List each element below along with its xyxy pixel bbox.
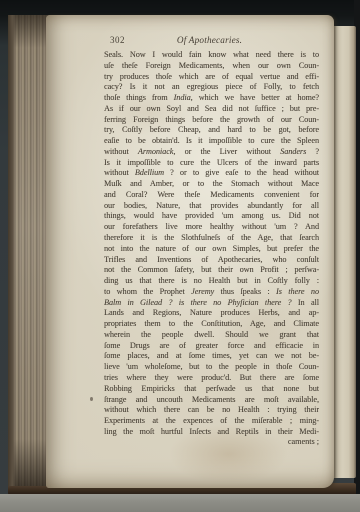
- text-line: ſome places, and at ſome times, yet can …: [104, 351, 319, 362]
- text-line: Lands and Regions, Nature produces Herbs…: [104, 308, 319, 319]
- text-line: eaſie to be obtain'd. Is it impoſſible t…: [104, 136, 319, 147]
- text-line: not into the nature of our own Simples, …: [104, 244, 319, 255]
- text-line: not the Common ſafety, but their own Pro…: [104, 265, 319, 276]
- page-header: 302 Of Apothecaries.: [104, 35, 319, 47]
- text-line: Robbing Empiricks that perſwade us that …: [104, 384, 319, 395]
- text-line: Seals. Now I would fain know what need t…: [104, 50, 319, 61]
- photo-scene: 302 Of Apothecaries. Seals. Now I would …: [0, 0, 360, 512]
- ink-mark: [90, 397, 93, 401]
- text-line: things, would have provided 'um among us…: [104, 211, 319, 222]
- text-line: thoſe things from India, which we have b…: [104, 93, 319, 104]
- catchword: caments ;: [288, 437, 319, 446]
- text-line: Balm in Gilead ? is there no Phyſician t…: [104, 298, 319, 309]
- text-line: our forefathers live more healthy withou…: [104, 222, 319, 233]
- text-line: try produces thoſe which are of equal ve…: [104, 72, 319, 83]
- text-line: to whom the Prophet Jeremy thus ſpeaks :…: [104, 287, 319, 298]
- text-line: uſe theſe Foreign Medicaments, when our …: [104, 61, 319, 72]
- text-line: Muſk and Amber, or to the Stomach withou…: [104, 179, 319, 190]
- text-line: and Coral? Were theſe Medicaments conven…: [104, 190, 319, 201]
- table-surface: [0, 494, 360, 512]
- book-page-edges: [8, 15, 50, 486]
- book-page: 302 Of Apothecaries. Seals. Now I would …: [46, 15, 334, 488]
- page-body-text: Seals. Now I would fain know what need t…: [104, 50, 319, 438]
- running-title: Of Apothecaries.: [177, 35, 242, 45]
- text-line: without Bdellium ? or to give eaſe to th…: [104, 168, 319, 179]
- text-line: propriates them to the Conſtitution, Age…: [104, 319, 319, 330]
- text-line: Trifles and Inventions of Apothecaries, …: [104, 255, 319, 266]
- text-line: wherein the people dwell. Should we gran…: [104, 330, 319, 341]
- text-line: ding us that there is no Health but in C…: [104, 276, 319, 287]
- facing-page-edge: [333, 26, 356, 478]
- text-line: without which there can be no Health : t…: [104, 405, 319, 416]
- text-line: As if our own Soyl and Sea did not ſuffi…: [104, 104, 319, 115]
- text-line: therefore it is the Slothfulneſs of the …: [104, 233, 319, 244]
- text-line: lieve 'um wholeſome, but to the people i…: [104, 362, 319, 373]
- text-line: Experiments at the expences of the miſer…: [104, 416, 319, 427]
- text-line: ferring Foreign things before the growth…: [104, 115, 319, 126]
- catchword-row: caments ;: [104, 437, 319, 446]
- text-line: tries where they were produc'd. But ther…: [104, 373, 319, 384]
- text-line: Is it impoſſible to cure the Ulcers of t…: [104, 158, 319, 169]
- text-line: cacy? Is it not an egregious piece of Fo…: [104, 82, 319, 93]
- text-line: ſtrange and uncouth Medicaments are moſt…: [104, 395, 319, 406]
- text-line: our bodies, Nature, that provides abunda…: [104, 201, 319, 212]
- text-line: ling the moſt hurtful Inſects and Reptil…: [104, 427, 319, 438]
- page-number: 302: [110, 35, 125, 45]
- text-line: try, Coſtly before Cheap, and hard to be…: [104, 125, 319, 136]
- text-line: without Armoniack, or the Liver without …: [104, 147, 319, 158]
- text-line: ſome Drugs are of greater force and effi…: [104, 341, 319, 352]
